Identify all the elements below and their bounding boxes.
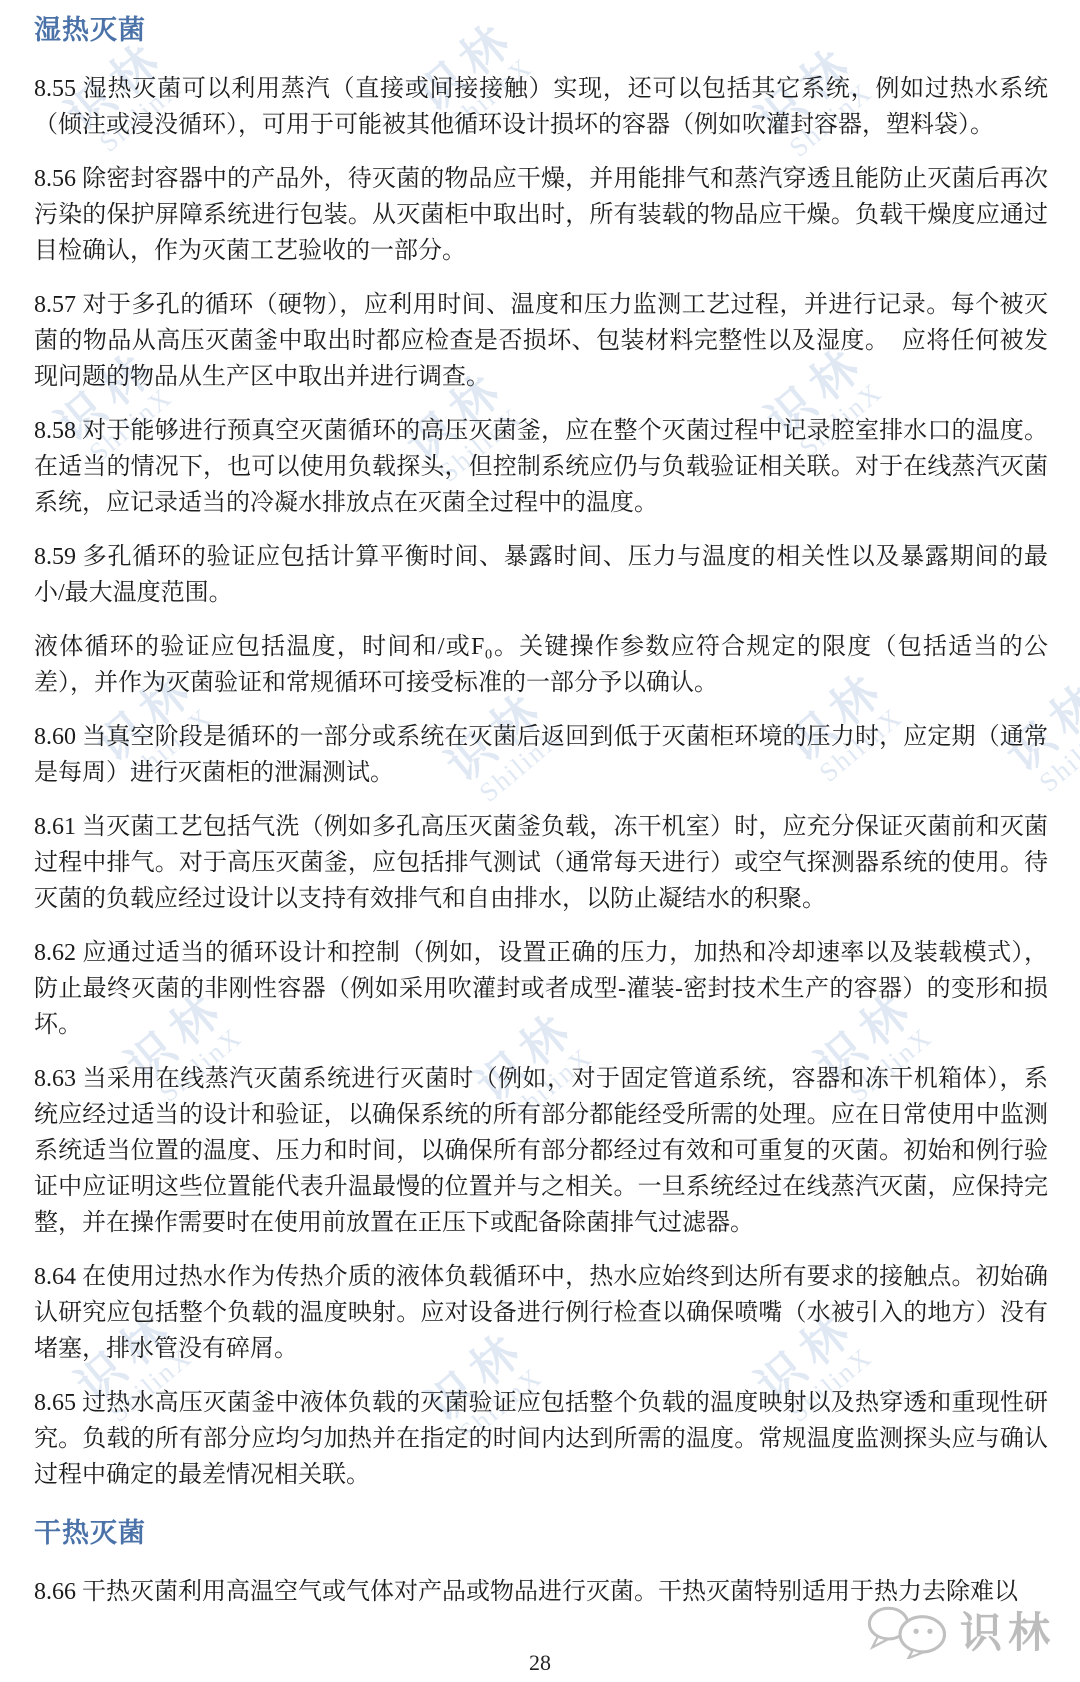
document-content: 湿热灭菌 8.55 湿热灭菌可以利用蒸汽（直接或间接接触）实现，还可以包括其它系…	[0, 0, 1080, 1610]
section-heading-moist-heat-sterilization: 湿热灭菌	[34, 8, 1048, 47]
section-heading-dry-heat-sterilization: 干热灭菌	[34, 1511, 1048, 1550]
paragraph-8-60: 8.60 当真空阶段是循环的一部分或系统在灭菌后返回到低于灭菌柜环境的压力时，应…	[34, 719, 1048, 791]
paragraph-8-55: 8.55 湿热灭菌可以利用蒸汽（直接或间接接触）实现，还可以包括其它系统，例如过…	[34, 71, 1048, 143]
shilin-logo: 识林	[864, 1600, 1056, 1660]
paragraph-8-56: 8.56 除密封容器中的产品外，待灭菌的物品应干燥，并用能排气和蒸汽穿透且能防止…	[34, 161, 1048, 269]
paragraph-8-63: 8.63 当采用在线蒸汽灭菌系统进行灭菌时（例如，对于固定管道系统，容器和冻干机…	[34, 1061, 1048, 1241]
paragraph-8-62: 8.62 应通过适当的循环设计和控制（例如，设置正确的压力，加热和冷却速率以及装…	[34, 935, 1048, 1043]
paragraph-8-58: 8.58 对于能够进行预真空灭菌循环的高压灭菌釜，应在整个灭菌过程中记录腔室排水…	[34, 413, 1048, 521]
paragraph-8-57: 8.57 对于多孔的循环（硬物），应利用时间、温度和压力监测工艺过程，并进行记录…	[34, 287, 1048, 395]
paragraph-8-65: 8.65 过热水高压灭菌釜中液体负载的灭菌验证应包括整个负载的温度映射以及热穿透…	[34, 1385, 1048, 1493]
wechat-chat-bubbles-icon	[864, 1602, 956, 1659]
paragraph-liquid-cycles: 液体循环的验证应包括温度，时间和/或F₀。关键操作参数应符合规定的限度（包括适当…	[34, 629, 1048, 701]
paragraph-8-61: 8.61 当灭菌工艺包括气洗（例如多孔高压灭菌釜负载，冻干机室）时，应充分保证灭…	[34, 809, 1048, 917]
document-page: 识林ShilinX 识林ShilinX 识林ShilinX 识林ShilinX …	[0, 0, 1080, 1682]
paragraph-8-59: 8.59 多孔循环的验证应包括计算平衡时间、暴露时间、压力与温度的相关性以及暴露…	[34, 539, 1048, 611]
paragraph-8-64: 8.64 在使用过热水作为传热介质的液体负载循环中，热水应始终到达所有要求的接触…	[34, 1259, 1048, 1367]
shilin-logo-text: 识林	[960, 1600, 1056, 1660]
